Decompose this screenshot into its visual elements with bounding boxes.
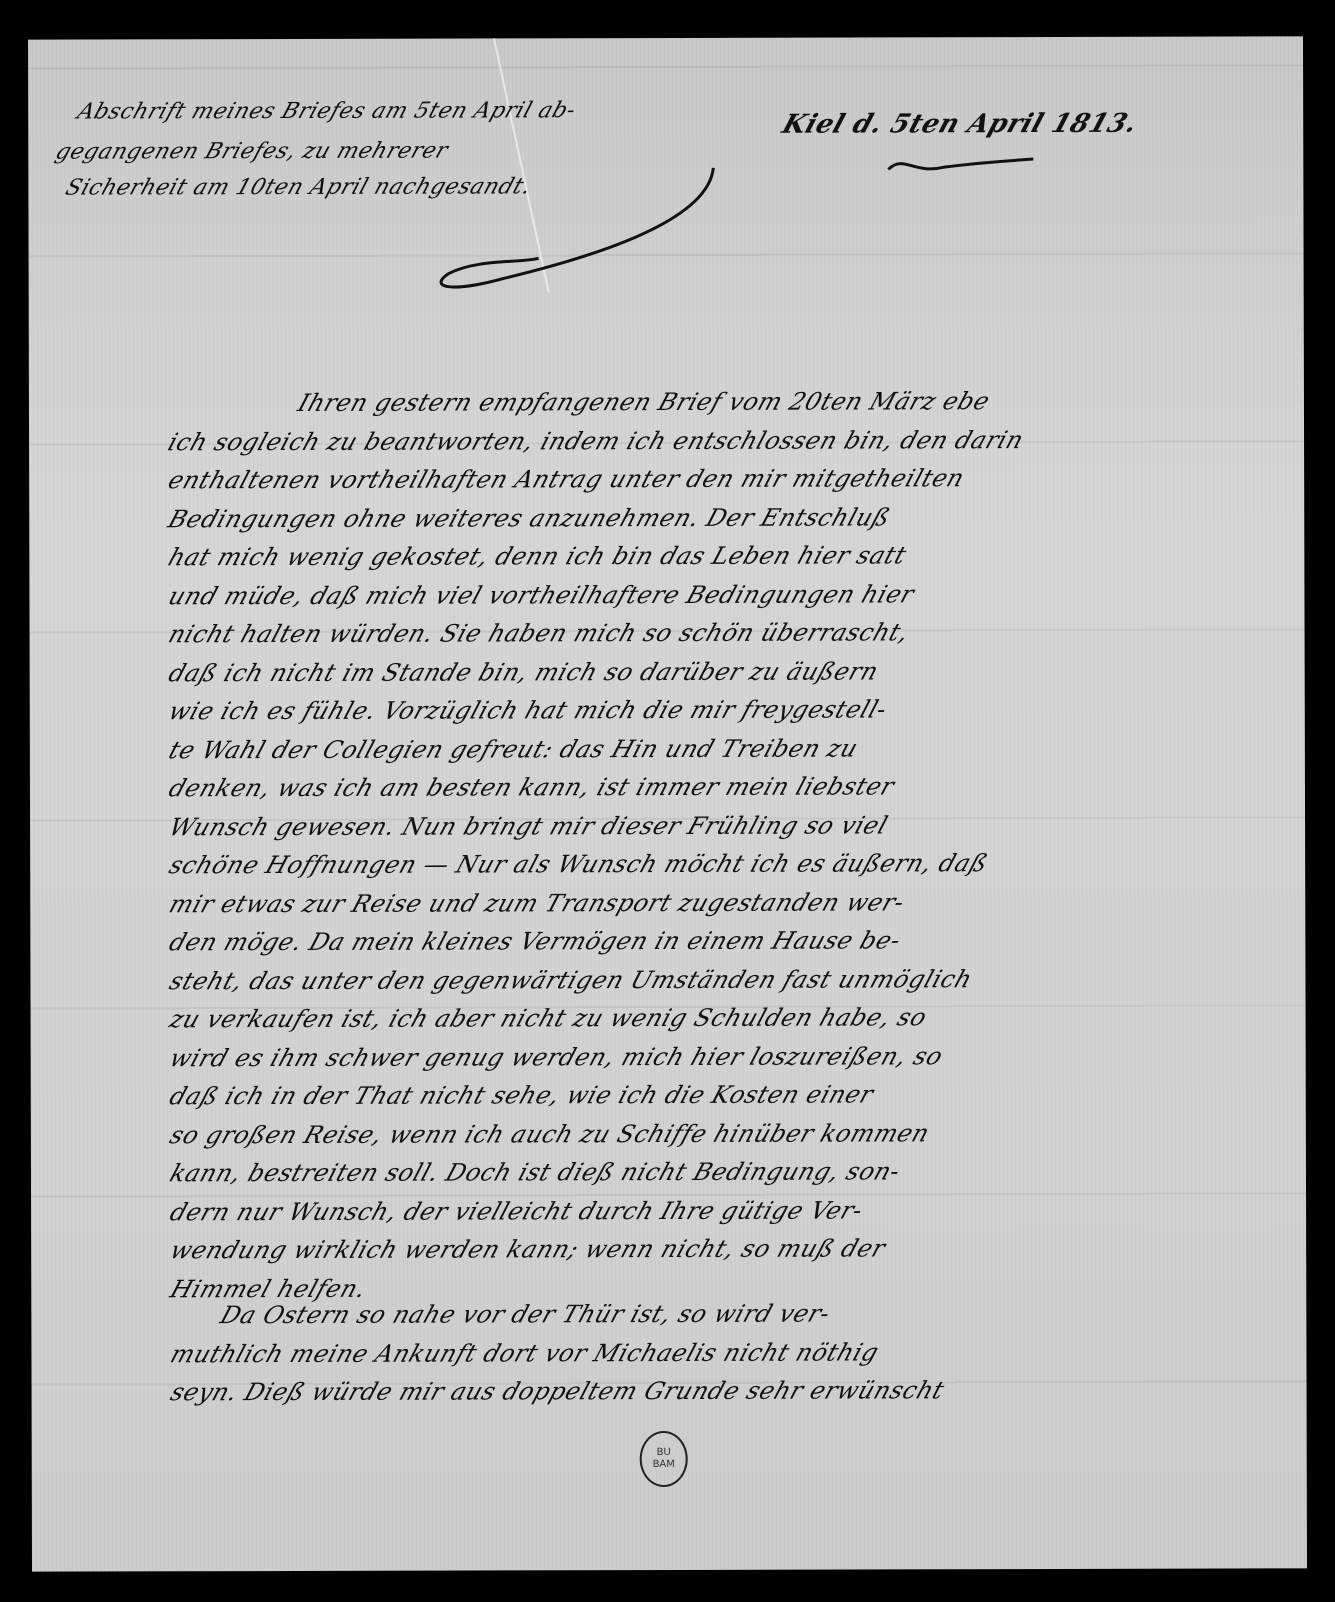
body-line: kann, bestreiten soll. Doch ist dieß nic… bbox=[166, 1157, 903, 1187]
marginal-note-line: gegangenen Briefes, zu mehrerer bbox=[52, 139, 451, 165]
dateline: Kiel d. 5ten April 1813. bbox=[778, 109, 1141, 140]
body-line: zu verkaufen ist, ich aber nicht zu weni… bbox=[166, 1003, 930, 1033]
body-line: Ihren gestern empfangenen Brief vom 20te… bbox=[294, 387, 993, 417]
body-line: denken, was ich am besten kann, ist imme… bbox=[165, 772, 898, 802]
body-line: wendung wirklich werden kann; wenn nicht… bbox=[167, 1234, 889, 1264]
letter-body-paragraph-2: Da Ostern so nahe vor der Thür ist, so w… bbox=[28, 36, 1303, 39]
body-line: schöne Hoffnungen — Nur als Wunsch möcht… bbox=[166, 849, 992, 879]
body-line: daß ich in der That nicht sehe, wie ich … bbox=[166, 1080, 877, 1110]
body-line: ich sogleich zu beantworten, indem ich e… bbox=[165, 426, 1028, 456]
stamp-line: BU bbox=[657, 1447, 671, 1459]
body-line: dern nur Wunsch, der vielleicht durch Ih… bbox=[167, 1196, 867, 1226]
body-line: daß ich nicht im Stande bin, mich so dar… bbox=[165, 657, 882, 687]
body-line: steht, das unter den gegenwärtigen Umstä… bbox=[166, 965, 976, 995]
letter-page: Abschrift meines Briefes am 5ten April a… bbox=[28, 36, 1307, 1571]
body-line: Wunsch gewesen. Nun bringt mir dieser Fr… bbox=[166, 811, 892, 841]
body-line: enthaltenen vortheilhaften Antrag unter … bbox=[165, 464, 968, 494]
body-line: seyn. Dieß würde mir aus doppeltem Grund… bbox=[167, 1376, 948, 1406]
signature-flourish bbox=[408, 158, 728, 299]
body-line: so großen Reise, wenn ich auch zu Schiff… bbox=[166, 1119, 933, 1149]
body-line: und müde, daß mich viel vortheilhaftere … bbox=[165, 580, 918, 610]
body-line: Himmel helfen. bbox=[167, 1274, 370, 1303]
body-line: den möge. Da mein kleines Vermögen in ei… bbox=[166, 926, 905, 956]
body-line: wie ich es fühle. Vorzüglich hat mich di… bbox=[165, 695, 890, 725]
date-underline bbox=[883, 149, 1043, 179]
library-stamp: BU BAM bbox=[640, 1431, 688, 1487]
marginal-note-line: Abschrift meines Briefes am 5ten April a… bbox=[74, 98, 579, 124]
body-line: wird es ihm schwer genug werden, mich hi… bbox=[166, 1042, 946, 1072]
body-line: te Wahl der Collegien gefreut: das Hin u… bbox=[165, 734, 861, 764]
body-line: muthlich meine Ankunft dort vor Michaeli… bbox=[167, 1338, 883, 1368]
body-line: nicht halten würden. Sie haben mich so s… bbox=[165, 618, 913, 648]
body-line: mir etwas zur Reise und zum Transport zu… bbox=[166, 888, 908, 918]
stamp-line: BAM bbox=[653, 1459, 675, 1471]
marginal-note: Abschrift meines Briefes am 5ten April a… bbox=[28, 36, 1303, 39]
body-line: hat mich wenig gekostet, denn ich bin da… bbox=[165, 541, 910, 571]
body-line: Bedingungen ohne weiteres anzunehmen. De… bbox=[165, 503, 894, 533]
body-line: Da Ostern so nahe vor der Thür ist, so w… bbox=[217, 1300, 834, 1330]
letter-body: Ihren gestern empfangenen Brief vom 20te… bbox=[28, 36, 1303, 39]
